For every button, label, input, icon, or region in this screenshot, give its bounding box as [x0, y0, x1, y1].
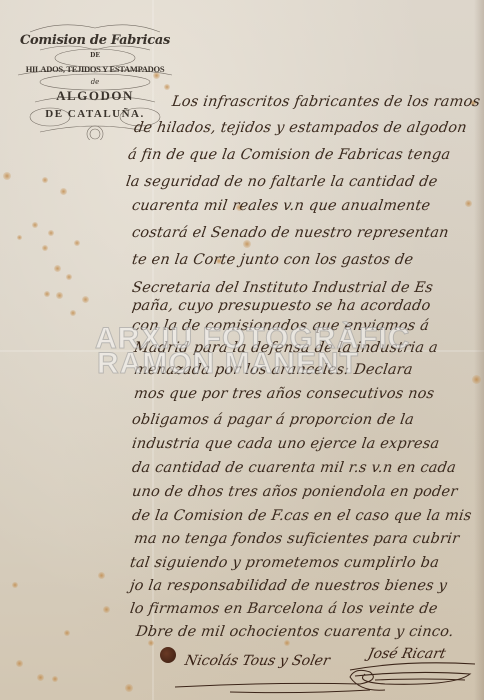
- letterhead-cataluna: DE CATALUÑA.: [10, 108, 180, 120]
- body-line: uno de dhos tres años poniendola en pode…: [131, 484, 459, 500]
- body-line: ma no tenga fondos suficientes para cubr…: [133, 531, 460, 547]
- body-line: jo la responsabilidad de nuestros bienes…: [129, 578, 448, 594]
- letterhead-title: Comision de Fabricas: [10, 33, 180, 48]
- body-line: tal siguiendo y prometemos cumplirlo ba: [129, 555, 440, 571]
- foxing-spot: [74, 240, 80, 246]
- foxing-spot: [125, 684, 133, 692]
- body-line: de hilados, tejidos y estampados de algo…: [133, 120, 468, 136]
- foxing-spot: [12, 582, 18, 588]
- foxing-spot: [3, 172, 11, 180]
- foxing-spot: [66, 274, 72, 280]
- foxing-spot: [52, 676, 58, 682]
- foxing-spot: [70, 310, 76, 316]
- letterhead-de: DE: [10, 52, 180, 59]
- foxing-spot: [37, 674, 44, 681]
- body-line: te en la Corte junto con los gastos de: [131, 252, 414, 268]
- foxing-spot: [56, 292, 63, 299]
- body-line: Secretaria del Instituto Industrial de E…: [131, 280, 434, 296]
- foxing-spot: [465, 200, 472, 207]
- body-line: obligamos á pagar á proporcion de la: [131, 412, 415, 428]
- foxing-spot: [98, 572, 105, 579]
- body-line: industria que cada uno ejerce la expresa: [131, 436, 440, 452]
- foxing-spot: [17, 235, 22, 240]
- foxing-spot: [64, 630, 70, 636]
- letterhead-de-small: de: [10, 78, 180, 86]
- body-line: lo firmamos en Barcelona á los veinte de: [129, 601, 439, 617]
- wax-seal: [160, 647, 176, 663]
- foxing-spot: [60, 188, 67, 195]
- body-line: la seguridad de no faltarle la cantidad …: [125, 174, 439, 190]
- foxing-spot: [42, 177, 48, 183]
- watermark-photographer: RAMON MANENT: [97, 347, 484, 381]
- foxing-spot: [243, 240, 251, 248]
- foxing-spot: [284, 640, 290, 646]
- foxing-spot: [48, 230, 54, 236]
- foxing-spot: [103, 606, 110, 613]
- body-line: de la Comision de F.cas en el caso que l…: [131, 508, 473, 524]
- foxing-spot: [44, 291, 50, 297]
- body-line: paña, cuyo presupuesto se ha acordado: [131, 298, 432, 314]
- body-line: á fin de que la Comision de Fabricas ten…: [127, 147, 452, 163]
- foxing-spot: [16, 660, 23, 667]
- foxing-spot: [148, 640, 154, 646]
- document-page: Comision de Fabricas DE HILADOS, TEJIDOS…: [0, 0, 484, 700]
- letterhead-algodon: ALGODON: [10, 88, 180, 104]
- body-line: costará el Senado de nuestro representan: [131, 225, 450, 241]
- foxing-spot: [32, 222, 38, 228]
- foxing-spot: [54, 265, 61, 272]
- letterhead-subtitle: HILADOS, TEJIDOS Y ESTAMPADOS: [10, 64, 180, 74]
- foxing-spot: [82, 296, 89, 303]
- body-line: cuarenta mil reales v.n que anualmente: [131, 198, 431, 214]
- foxing-spot: [42, 245, 48, 251]
- body-line: mos que por tres años consecutivos nos: [133, 386, 436, 402]
- body-line: Los infrascritos fabricantes de los ramo…: [171, 94, 481, 110]
- body-line: da cantidad de cuarenta mil r.s v.n en c…: [131, 460, 457, 476]
- body-line: Dbre de mil ochocientos cuarenta y cinco…: [135, 624, 455, 640]
- signature-ricart-flourish: [345, 652, 480, 692]
